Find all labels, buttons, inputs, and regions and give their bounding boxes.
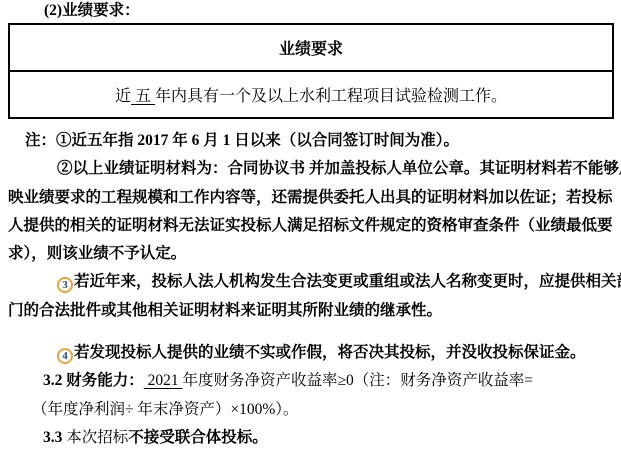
section-3-2-year-underlined: 2021	[144, 372, 183, 389]
section-heading: (2)业绩要求：	[44, 1, 621, 21]
section-3-2-line-1: 3.2 财务能力： 2021 年度财务净资产收益率≥0（注：财务净资产收益率=	[8, 367, 620, 395]
section-3-3-text-normal: 本次招标	[66, 429, 128, 446]
note-4-line: 4若发现投标人提供的业绩不实或作假，将否决其投标，并没收投标保证金。	[8, 339, 620, 367]
section-3-2-label: 3.2 财务能力：	[43, 372, 144, 389]
section-3-3-text-bold: 不接受联合体投标。	[128, 429, 268, 446]
note-3-text: 若近年来，投标人法人机构发生合法变更或重组或法人名称变更时，应提供相关部	[74, 273, 621, 290]
note-3-line-1: 3若近年来，投标人法人机构发生合法变更或重组或法人名称变更时，应提供相关部	[8, 268, 620, 296]
table-body-row: 近 五 年内具有一个及以上水利工程项目试验检测工作。	[9, 71, 613, 118]
note-1-line: 注：①近五年指 2017 年 6 月 1 日以来（以合同签订时间为准）。	[8, 127, 620, 155]
requirement-years-underlined: 五	[131, 88, 155, 105]
circled-4-icon: 4	[57, 348, 73, 364]
requirement-text-suffix: 年内具有一个及以上水利工程项目试验检测工作。	[155, 88, 507, 105]
performance-requirement-table: 业绩要求 近 五 年内具有一个及以上水利工程项目试验检测工作。	[8, 23, 614, 119]
note-3-line-2: 门的合法批件或其他相关证明材料来证明其所附业绩的继承性。	[8, 297, 620, 325]
table-header-cell: 业绩要求	[9, 24, 613, 71]
notes-section: 注：①近五年指 2017 年 6 月 1 日以来（以合同签订时间为准）。 ②以上…	[8, 127, 620, 452]
requirement-text-prefix: 近	[115, 88, 131, 105]
table-header-row: 业绩要求	[9, 24, 613, 71]
section-3-2-line-2: （年度净利润÷ 年末净资产）×100%）。	[8, 396, 620, 424]
note-2-line-2: 映业绩要求的工程规模和工作内容等，还需提供委托人出具的证明材料加以佐证；若投标	[8, 184, 620, 212]
note-4-text: 若发现投标人提供的业绩不实或作假，将否决其投标，并没收投标保证金。	[74, 344, 586, 361]
table-body-cell: 近 五 年内具有一个及以上水利工程项目试验检测工作。	[9, 71, 613, 118]
document-page: (2)业绩要求： 业绩要求 近 五 年内具有一个及以上水利工程项目试验检测工作。…	[0, 0, 621, 453]
note-2-line-4: 求），则该业绩不予认定。	[8, 240, 620, 268]
note-2-line-1: ②以上业绩证明材料为：合同协议书 并加盖投标人单位公章。其证明材料若不能够反	[8, 155, 620, 183]
paragraph-spacer	[8, 325, 620, 339]
section-3-2-text: 年度财务净资产收益率≥0（注：财务净资产收益率=	[183, 372, 534, 389]
note-2-line-3: 人提供的相关的证明材料无法证实投标人满足招标文件规定的资格审查条件（业绩最低要	[8, 212, 620, 240]
circled-3-icon: 3	[57, 277, 73, 293]
section-3-3-line: 3.3 本次招标不接受联合体投标。	[8, 424, 620, 452]
section-3-3-number: 3.3	[43, 429, 66, 446]
